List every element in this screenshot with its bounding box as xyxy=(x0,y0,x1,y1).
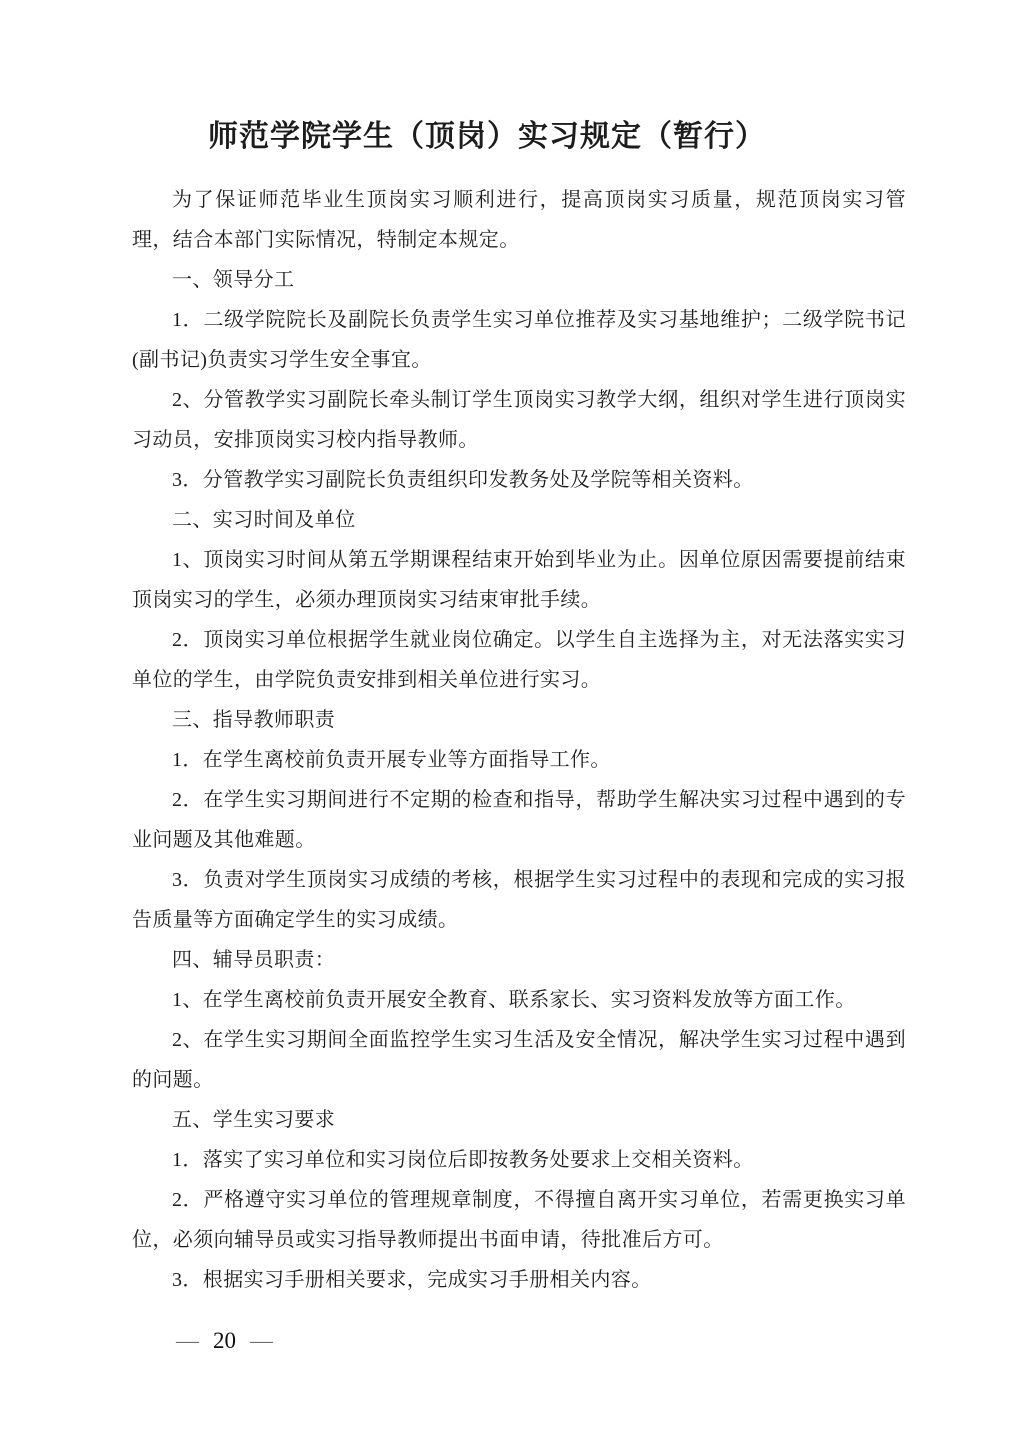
list-item: 2．在学生实习期间进行不定期的检查和指导，帮助学生解决实习过程中遇到的专业问题及… xyxy=(132,780,906,860)
list-item: 1、顶岗实习时间从第五学期课程结束开始到毕业为止。因单位原因需要提前结束顶岗实习… xyxy=(132,540,906,620)
section-heading-5: 五、学生实习要求 xyxy=(132,1100,906,1140)
list-item: 1、在学生离校前负责开展安全教育、联系家长、实习资料发放等方面工作。 xyxy=(132,980,906,1020)
footer-dash-left: — xyxy=(176,1328,199,1353)
list-item: 1．在学生离校前负责开展专业等方面指导工作。 xyxy=(132,740,906,780)
list-item: 3．分管教学实习副院长负责组织印发教务处及学院等相关资料。 xyxy=(132,460,906,500)
document-body: 为了保证师范毕业生顶岗实习顺利进行，提高顶岗实习质量，规范顶岗实习管理，结合本部… xyxy=(132,180,906,1300)
list-item: 2．顶岗实习单位根据学生就业岗位确定。以学生自主选择为主，对无法落实实习单位的学… xyxy=(132,620,906,700)
page-footer: —20— xyxy=(176,1326,273,1356)
document-title: 师范学院学生（顶岗）实习规定（暂行） xyxy=(132,110,842,164)
document-page: 师范学院学生（顶岗）实习规定（暂行） 为了保证师范毕业生顶岗实习顺利进行，提高顶… xyxy=(0,0,1024,1448)
section-heading-2: 二、实习时间及单位 xyxy=(132,500,906,540)
list-item: 2、分管教学实习副院长牵头制订学生顶岗实习教学大纲，组织对学生进行顶岗实习动员，… xyxy=(132,380,906,460)
page-number: 20 xyxy=(213,1328,236,1353)
list-item: 2．严格遵守实习单位的管理规章制度，不得擅自离开实习单位，若需更换实习单位，必须… xyxy=(132,1180,906,1260)
section-heading-4: 四、辅导员职责： xyxy=(132,940,906,980)
section-heading-1: 一、领导分工 xyxy=(132,260,906,300)
footer-dash-right: — xyxy=(250,1328,273,1353)
intro-paragraph: 为了保证师范毕业生顶岗实习顺利进行，提高顶岗实习质量，规范顶岗实习管理，结合本部… xyxy=(132,180,906,260)
list-item: 2、在学生实习期间全面监控学生实习生活及安全情况，解决学生实习过程中遇到的问题。 xyxy=(132,1020,906,1100)
list-item: 1．落实了实习单位和实习岗位后即按教务处要求上交相关资料。 xyxy=(132,1140,906,1180)
section-heading-3: 三、指导教师职责 xyxy=(132,700,906,740)
list-item: 3．根据实习手册相关要求，完成实习手册相关内容。 xyxy=(132,1260,906,1300)
list-item: 1．二级学院院长及副院长负责学生实习单位推荐及实习基地维护；二级学院书记(副书记… xyxy=(132,300,906,380)
list-item: 3．负责对学生顶岗实习成绩的考核，根据学生实习过程中的表现和完成的实习报告质量等… xyxy=(132,860,906,940)
